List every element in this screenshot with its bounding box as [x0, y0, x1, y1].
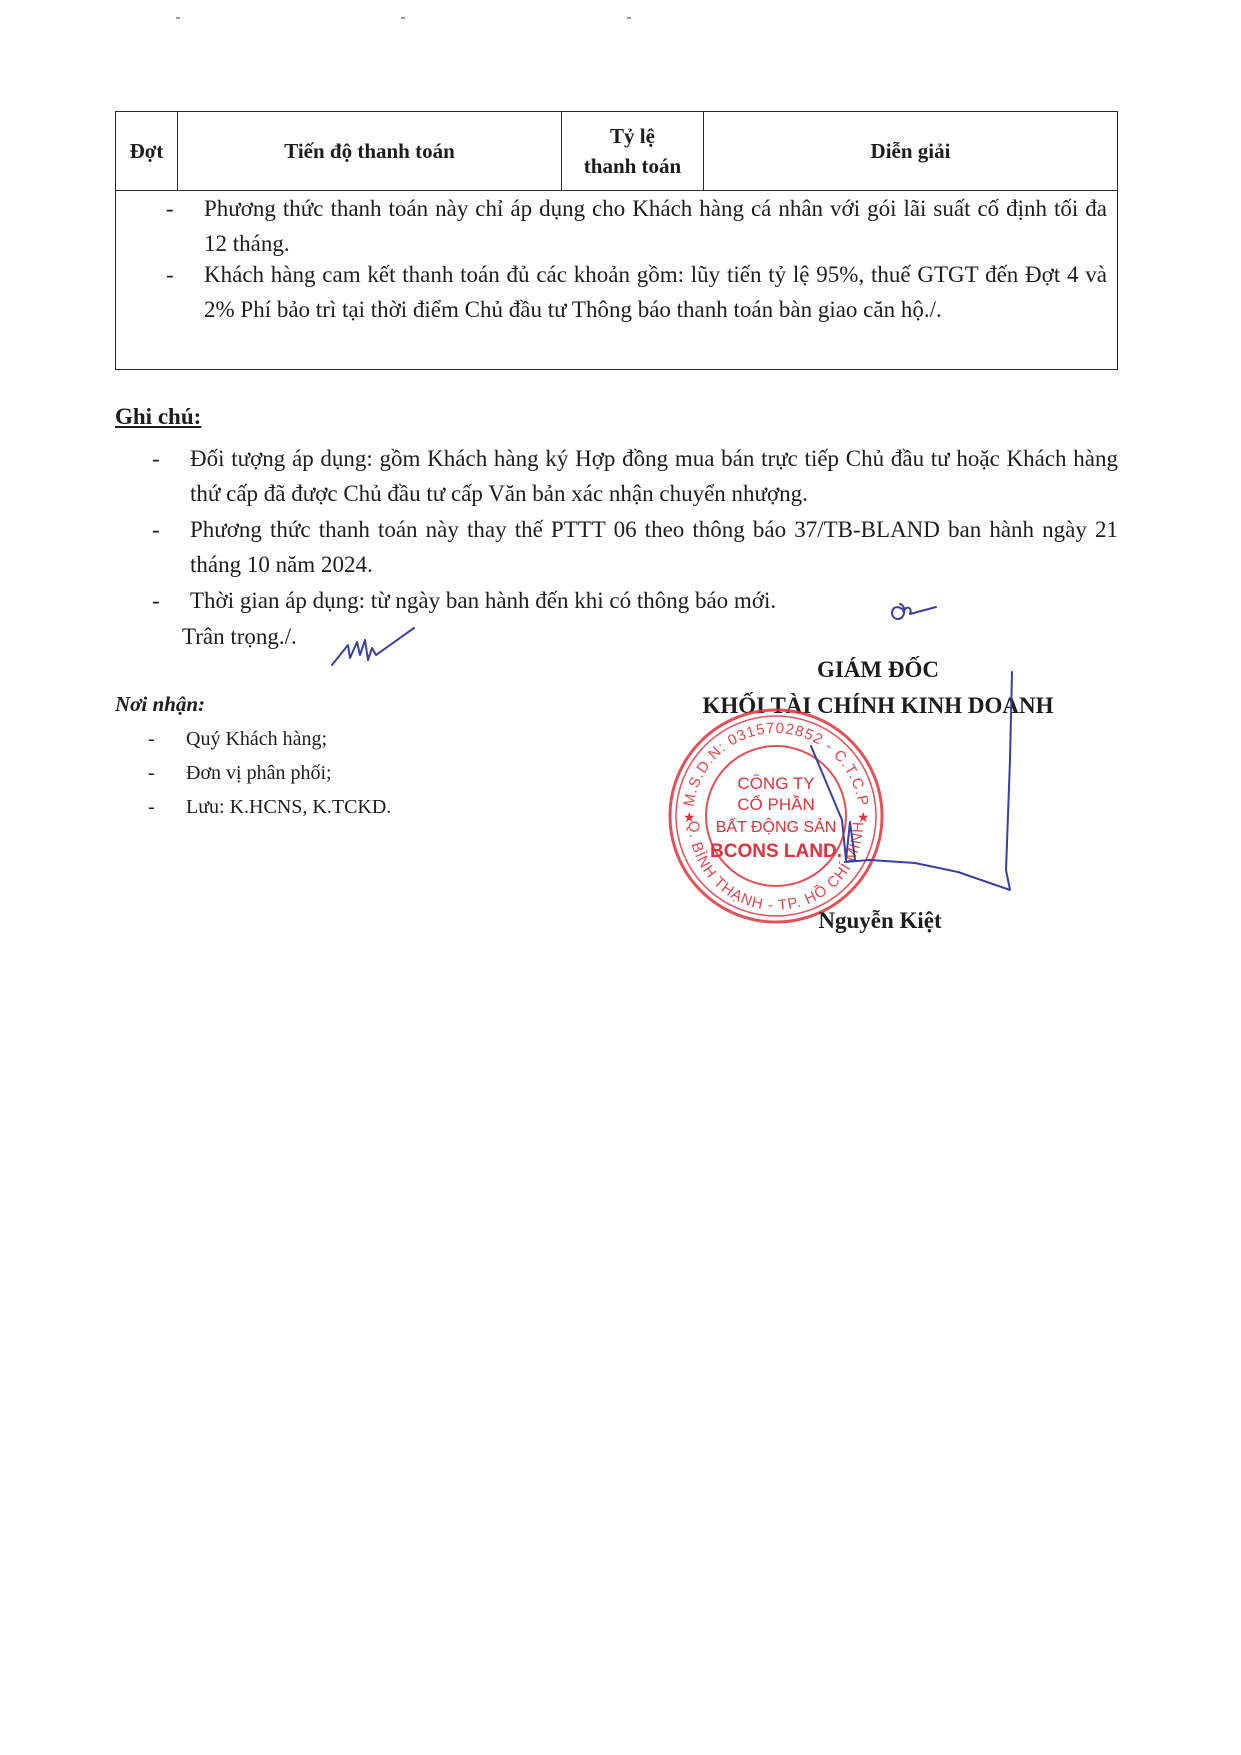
seal-line-1: CÔNG TY	[737, 774, 814, 793]
note-text: Thời gian áp dụng: từ ngày ban hành đến …	[190, 583, 1118, 618]
bullet-dash: -	[148, 756, 155, 790]
note-item: - Thời gian áp dụng: từ ngày ban hành đế…	[152, 583, 1118, 618]
signer-name: Nguyễn Kiệt	[780, 908, 980, 934]
scan-speck	[627, 17, 631, 19]
seal-line-2: CỔ PHẦN	[737, 795, 814, 814]
bullet-dash: -	[148, 790, 155, 824]
header-dot-label: Đợt	[130, 136, 164, 166]
bullet-dash: -	[152, 441, 160, 476]
condition-text: Khách hàng cam kết thanh toán đủ các kho…	[204, 257, 1107, 327]
note-text: Đối tượng áp dụng: gồm Khách hàng ký Hợp…	[190, 441, 1118, 511]
closing-text: Trân trọng./.	[182, 619, 297, 654]
scan-speck	[176, 17, 180, 19]
bullet-dash: -	[152, 583, 160, 618]
note-item: - Phương thức thanh toán này thay thế PT…	[152, 512, 1118, 582]
recipients-heading: Nơi nhận:	[115, 692, 205, 717]
bullet-dash: -	[166, 257, 174, 292]
table-condition-item: - Khách hàng cam kết thanh toán đủ các k…	[116, 257, 1117, 362]
bullet-dash: -	[152, 512, 160, 547]
header-dien-giai-label: Diễn giải	[871, 136, 951, 166]
bullet-dash: -	[148, 722, 155, 756]
condition-text: Phương thức thanh toán này chỉ áp dụng c…	[204, 191, 1107, 261]
recipient-text: Đơn vị phân phối;	[186, 756, 332, 790]
header-ty-le-line1: Tỷ lệ	[584, 121, 681, 151]
table-header-row: Đợt Tiến độ thanh toán Tỷ lệ thanh toán …	[116, 112, 1117, 191]
signer-title: GIÁM ĐỐC	[678, 657, 1078, 683]
header-ty-le-label: Tỷ lệ thanh toán	[584, 121, 681, 181]
seal-line-4: BCONS LAND.	[710, 841, 842, 862]
header-tien-do: Tiến độ thanh toán	[178, 112, 562, 190]
recipient-text: Lưu: K.HCNS, K.TCKD.	[186, 790, 391, 824]
table-merged-row: - Phương thức thanh toán này chỉ áp dụng…	[116, 191, 1117, 369]
seal-line-3: BẤT ĐỘNG SẢN	[716, 817, 837, 836]
company-seal-icon: M.S.D.N: 0315702852 - C.T.C.P Q. BÌNH TH…	[665, 705, 887, 927]
header-ty-le: Tỷ lệ thanh toán	[562, 112, 704, 190]
scan-speck	[401, 17, 405, 19]
svg-text:★: ★	[683, 810, 696, 826]
header-dot: Đợt	[116, 112, 178, 190]
note-item: - Đối tượng áp dụng: gồm Khách hàng ký H…	[152, 441, 1118, 511]
header-tien-do-label: Tiến độ thanh toán	[284, 136, 455, 166]
payment-schedule-table: Đợt Tiến độ thanh toán Tỷ lệ thanh toán …	[115, 111, 1118, 370]
table-condition-item: - Phương thức thanh toán này chỉ áp dụng…	[116, 191, 1117, 261]
svg-text:★: ★	[857, 810, 870, 826]
recipient-text: Quý Khách hàng;	[186, 722, 327, 756]
bullet-dash: -	[166, 191, 174, 226]
header-dien-giai: Diễn giải	[704, 112, 1117, 190]
header-ty-le-line2: thanh toán	[584, 151, 681, 181]
note-text: Phương thức thanh toán này thay thế PTTT…	[190, 512, 1118, 582]
notes-heading: Ghi chú:	[115, 404, 201, 430]
